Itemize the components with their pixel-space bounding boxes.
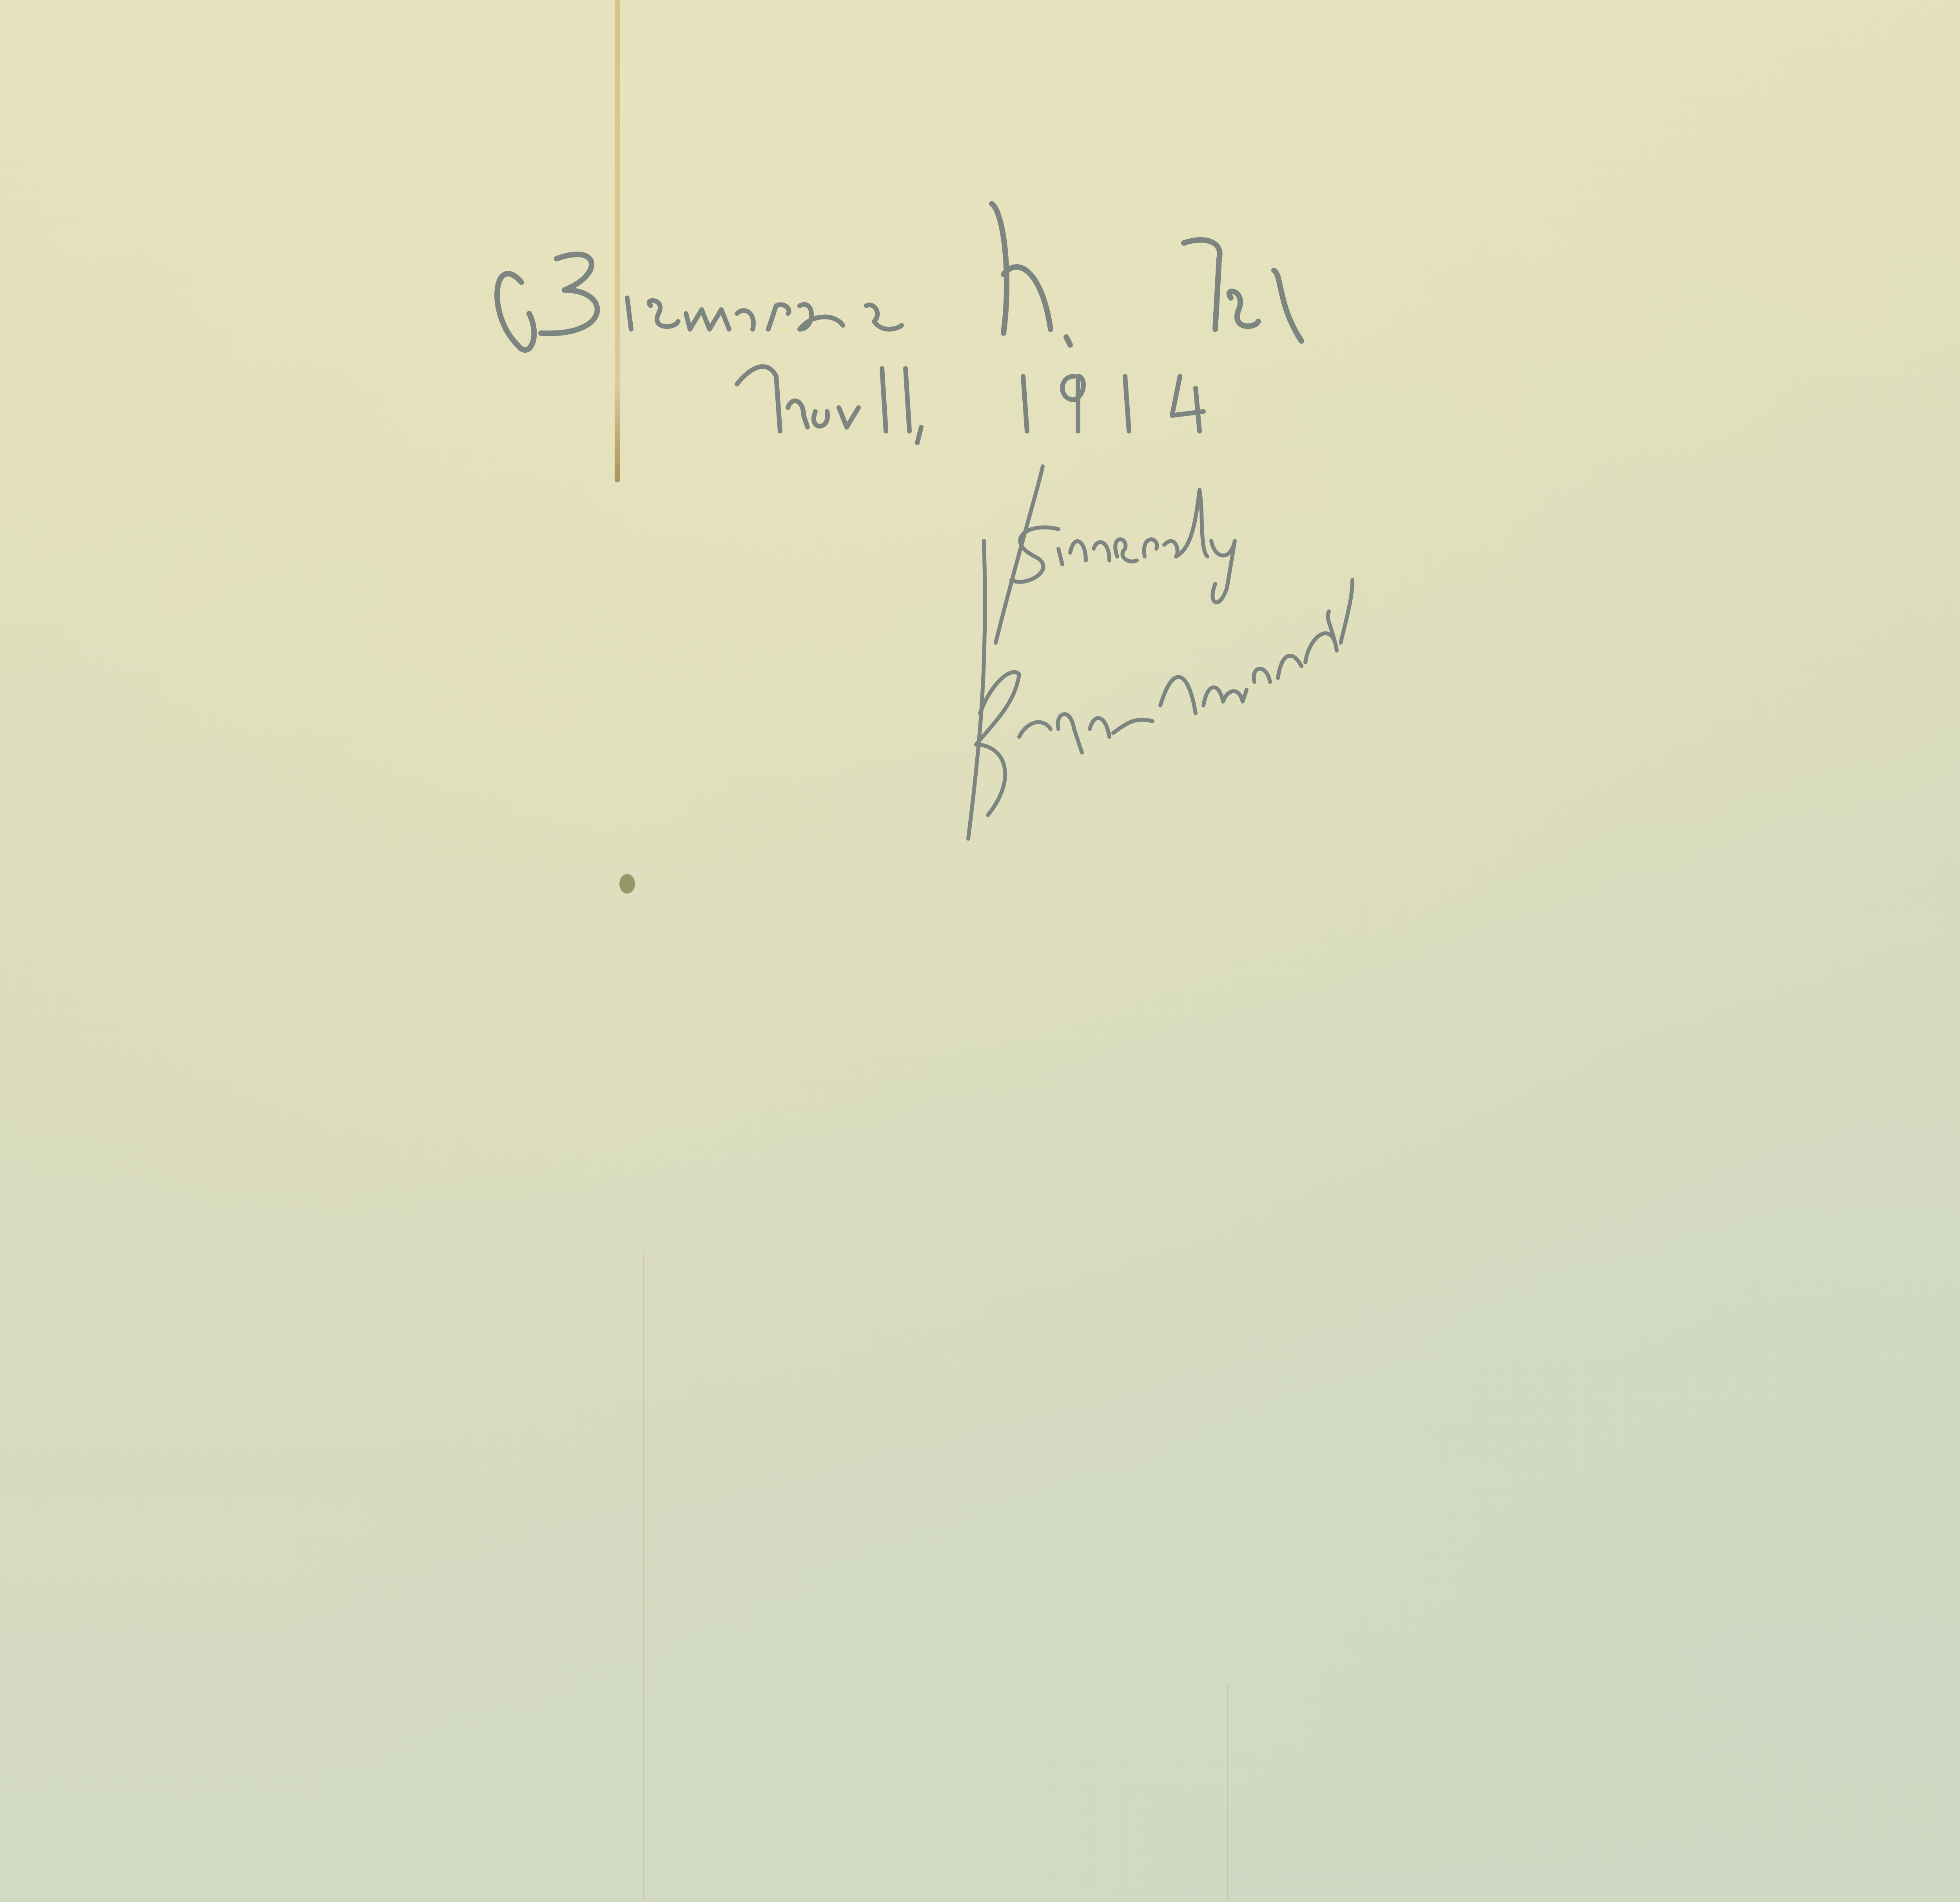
pencil-handwriting xyxy=(0,0,1960,1902)
